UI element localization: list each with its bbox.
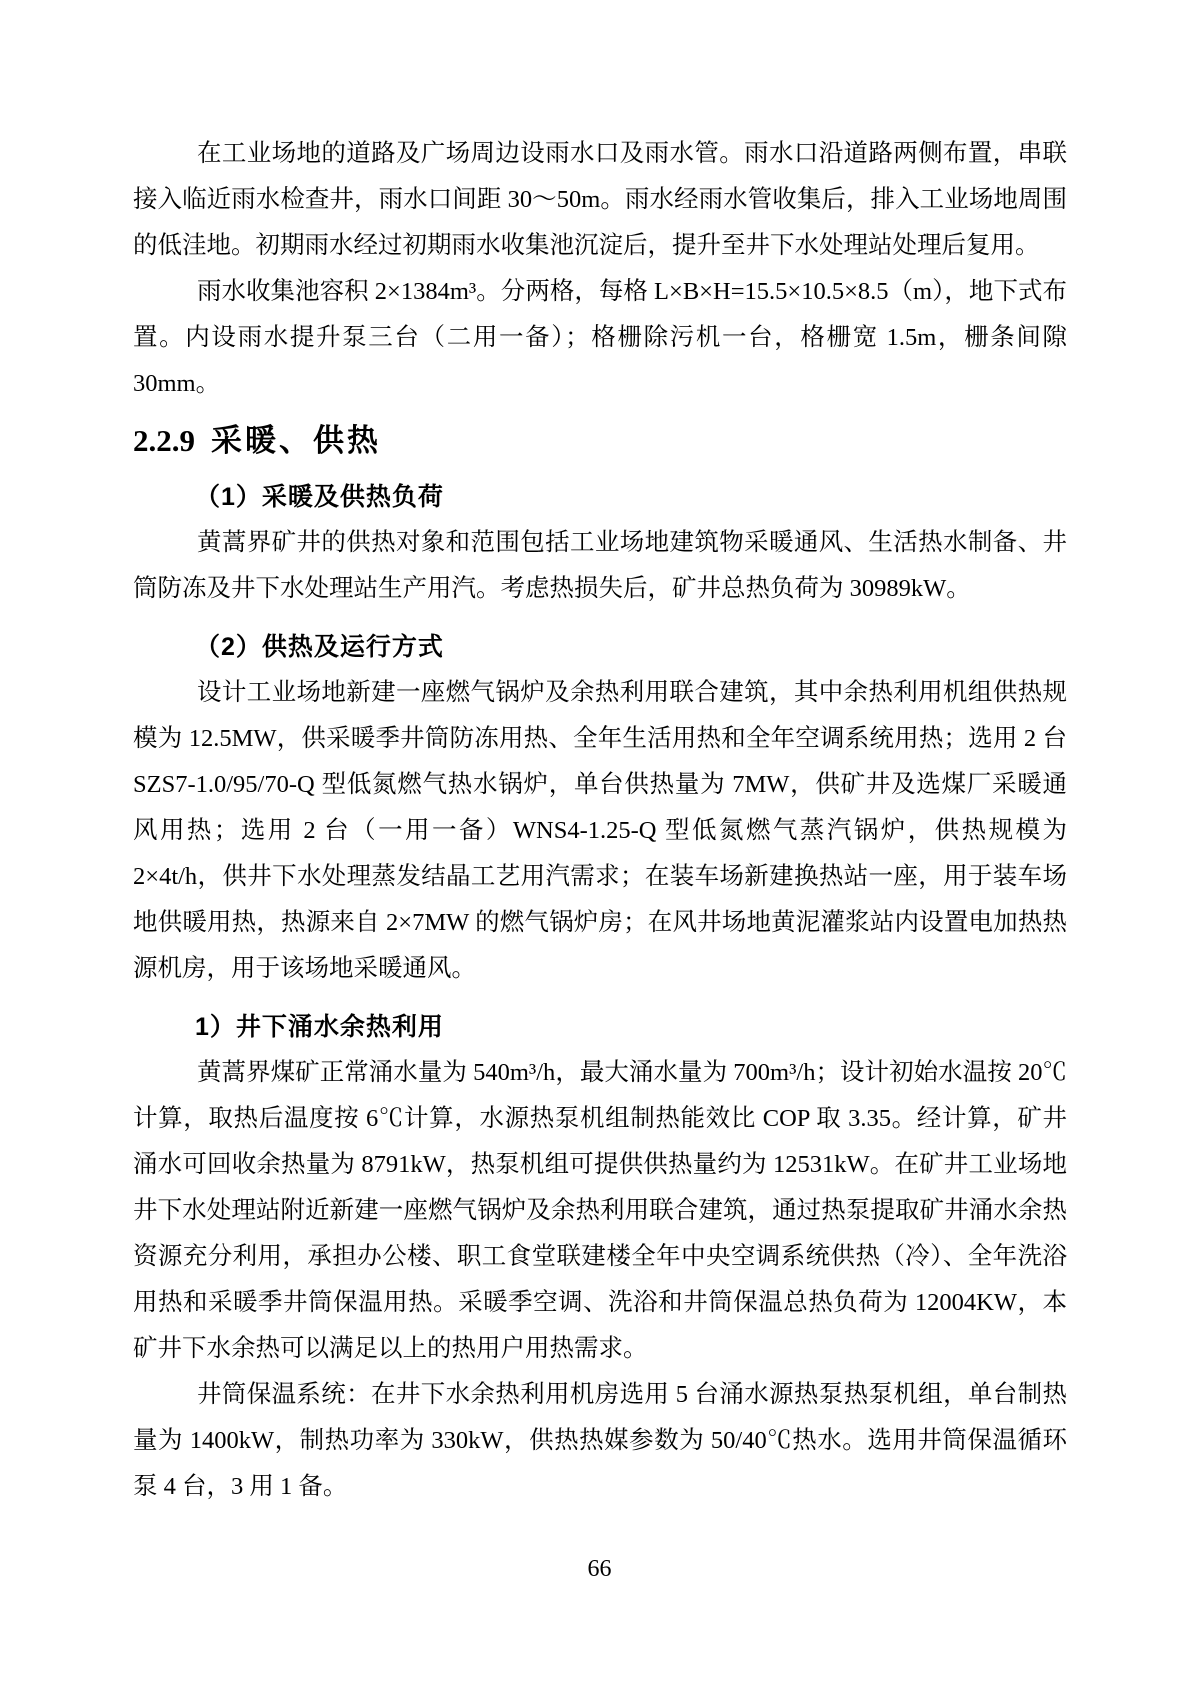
paragraph-mine-water-waste-heat: 黄蒿界煤矿正常涌水量为 540m³/h，最大涌水量为 700m³/h；设计初始水… — [133, 1050, 1067, 1372]
section-heading-number: 2.2.9 — [133, 423, 195, 458]
paragraph-heat-supply-mode: 设计工业场地新建一座燃气锅炉及余热利用联合建筑，其中余热利用机组供热规模为 12… — [133, 670, 1067, 992]
page-number: 66 — [0, 1556, 1199, 1583]
sub-heading-heat-supply-mode: （2）供热及运行方式 — [195, 624, 1067, 670]
paragraph-rainwater-collection: 在工业场地的道路及广场周边设雨水口及雨水管。雨水口沿道路两侧布置，串联接入临近雨… — [133, 131, 1067, 269]
paragraph-shaft-insulation-system: 井筒保温系统：在井下水余热利用机房选用 5 台涌水源热泵热泵机组，单台制热量为 … — [133, 1372, 1067, 1510]
sub-heading-heating-load: （1）采暖及供热负荷 — [195, 474, 1067, 520]
page-content: 在工业场地的道路及广场周边设雨水口及雨水管。雨水口沿道路两侧布置，串联接入临近雨… — [133, 131, 1067, 1510]
paragraph-heat-load: 黄蒿界矿井的供热对象和范围包括工业场地建筑物采暖通风、生活热水制备、井筒防冻及井… — [133, 520, 1067, 612]
paragraph-rainwater-pool: 雨水收集池容积 2×1384m³。分两格，每格 L×B×H=15.5×10.5×… — [133, 269, 1067, 407]
section-heading: 2.2.9采暖、供热 — [133, 420, 1067, 462]
section-heading-title: 采暖、供热 — [211, 423, 381, 458]
document-page: 在工业场地的道路及广场周边设雨水口及雨水管。雨水口沿道路两侧布置，串联接入临近雨… — [0, 0, 1199, 1696]
sub-heading-mine-water-waste-heat: 1）井下涌水余热利用 — [195, 1004, 1067, 1050]
